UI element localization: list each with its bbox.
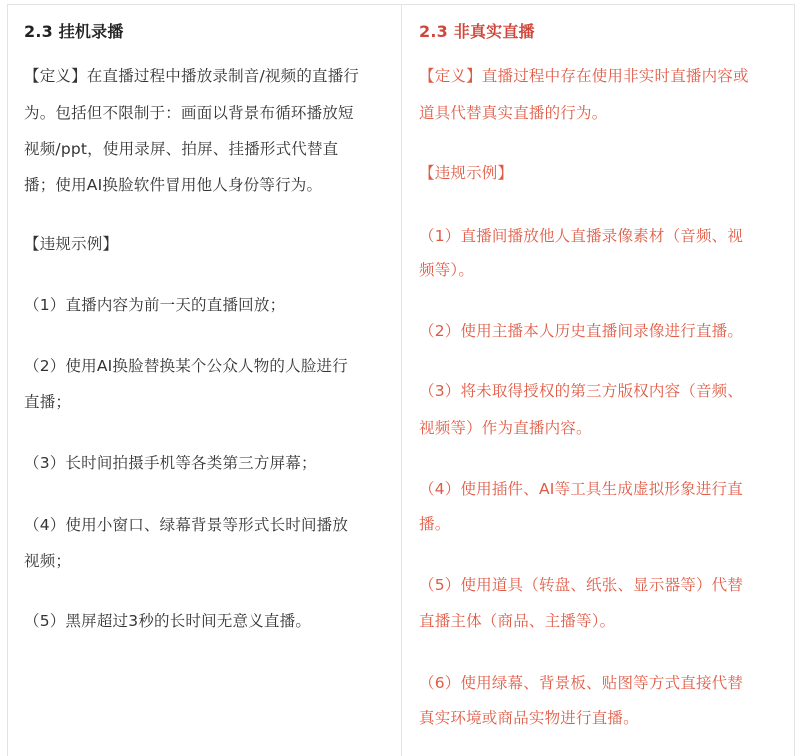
left-example-item: （2）使用AI换脸替换某个公众人物的人脸进行	[24, 356, 348, 376]
left-example-item: （5）黑屏超过3秒的长时间无意义直播。	[24, 611, 311, 631]
right-example-item-cont: 直播主体（商品、主播等）。	[419, 611, 615, 631]
left-examples-header: 【违规示例】	[24, 234, 118, 254]
right-example-item: （5）使用道具（转盘、纸张、显示器等）代替	[419, 575, 743, 595]
left-section-title: 2.3 挂机录播	[24, 22, 124, 42]
left-example-item-cont: 直播；	[24, 392, 71, 412]
left-definition-line: 【定义】在直播过程中播放录制音/视频的直播行	[24, 66, 359, 86]
left-example-item: （1）直播内容为前一天的直播回放；	[24, 295, 285, 315]
right-definition-line: 【定义】直播过程中存在使用非实时直播内容或	[419, 66, 749, 86]
left-example-item: （4）使用小窗口、绿幕背景等形式长时间播放	[24, 515, 348, 535]
right-example-item: （2）使用主播本人历史直播间录像进行直播。	[419, 321, 743, 341]
left-example-item: （3）长时间拍摄手机等各类第三方屏幕；	[24, 453, 317, 473]
left-example-item-cont: 视频；	[24, 551, 71, 571]
right-example-item-cont: 真实环境或商品实物进行直播。	[419, 708, 639, 728]
right-example-item: （6）使用绿幕、背景板、贴图等方式直接代替	[419, 673, 743, 693]
right-definition-line: 道具代替真实直播的行为。	[419, 103, 607, 123]
right-example-item: （3）将未取得授权的第三方版权内容（音频、	[419, 381, 743, 401]
right-example-item: （1）直播间播放他人直播录像素材（音频、视	[419, 226, 743, 246]
left-definition-line: 播；使用AI换脸软件冒用他人身份等行为。	[24, 175, 322, 195]
right-examples-header: 【违规示例】	[419, 163, 513, 183]
right-column: 2.3 非真实直播 【定义】直播过程中存在使用非实时直播内容或 道具代替真实直播…	[402, 4, 794, 756]
right-section-title: 2.3 非真实直播	[419, 22, 535, 42]
left-definition-line: 为。包括但不限制于：画面以背景布循环播放短	[24, 103, 354, 123]
right-example-item: （4）使用插件、AI等工具生成虚拟形象进行直	[419, 479, 743, 499]
left-column: 2.3 挂机录播 【定义】在直播过程中播放录制音/视频的直播行 为。包括但不限制…	[8, 4, 401, 756]
right-example-item-cont: 播。	[419, 514, 450, 534]
left-definition-line: 视频/ppt，使用录屏、拍屏、挂播形式代替直	[24, 139, 338, 159]
right-example-item-cont: 视频等）作为直播内容。	[419, 418, 592, 438]
right-example-item-cont: 频等）。	[419, 260, 474, 280]
